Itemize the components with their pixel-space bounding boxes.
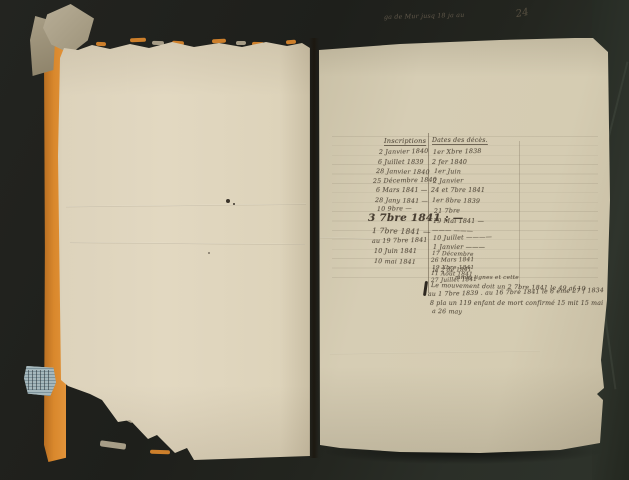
inscription-entry-11: 10 Juin 1841	[374, 249, 417, 255]
footnote-line-6: a 26 may	[432, 309, 462, 316]
inscription-entry-10: au 19 7bre 1841	[372, 237, 428, 245]
footnote-line-5: 8 pla un 119 enfant de mort confirmé 15 …	[430, 301, 603, 307]
handwriting-layer: ga de Mur jusq 18 ja au 24 Inscriptions …	[0, 0, 629, 480]
deces-entry-1: 1er Xbre 1838	[433, 149, 482, 156]
deces-entry-6: 1er 8bre 1839	[432, 198, 480, 205]
deces-entry-11: 1 Janvier ———	[433, 245, 485, 251]
pencil-note: ga de Mur jusq 18 ja au	[384, 13, 465, 21]
inscription-entry-12: 10 mai 1841	[374, 259, 416, 266]
archive-photo: ga de Mur jusq 18 ja au 24 Inscriptions …	[0, 0, 629, 480]
column-header-deces: Dates des décès.	[432, 138, 488, 144]
deces-entry-5: 24 et 7bre 1841	[431, 188, 485, 194]
deces-entry-10: 10 Juillet ————	[433, 235, 492, 243]
inscription-entry-5: 6 Mars 1841 —	[376, 188, 427, 194]
inscription-entry-6: 28 Jany 1841 —	[375, 198, 428, 205]
deces-entry-2: 2 fer 1840	[432, 160, 467, 166]
deces-entry-3: 1er Juin	[434, 169, 461, 176]
inscription-entry-9: 1 7bre 1841 —	[372, 227, 431, 236]
inscription-entry-2: 6 Juillet 1839	[378, 160, 424, 166]
deces-entry-8: 19 Mai 1841 —	[433, 219, 484, 225]
pencil-note-number: 24	[515, 8, 530, 20]
column-header-inscriptions: Inscriptions	[384, 138, 426, 145]
footnote-line-2: mmm lignes et cette	[455, 276, 519, 282]
inscription-entry-4: 25 Décembre 1840	[373, 177, 437, 185]
inscription-entry-1: 2 Janvier 1840	[379, 149, 429, 156]
deces-entry-4: 2 Janvier	[433, 178, 464, 185]
deces-entry-7: 21 7bre	[434, 208, 460, 215]
inscription-entry-3: 28 Janvier 1840	[376, 169, 430, 177]
